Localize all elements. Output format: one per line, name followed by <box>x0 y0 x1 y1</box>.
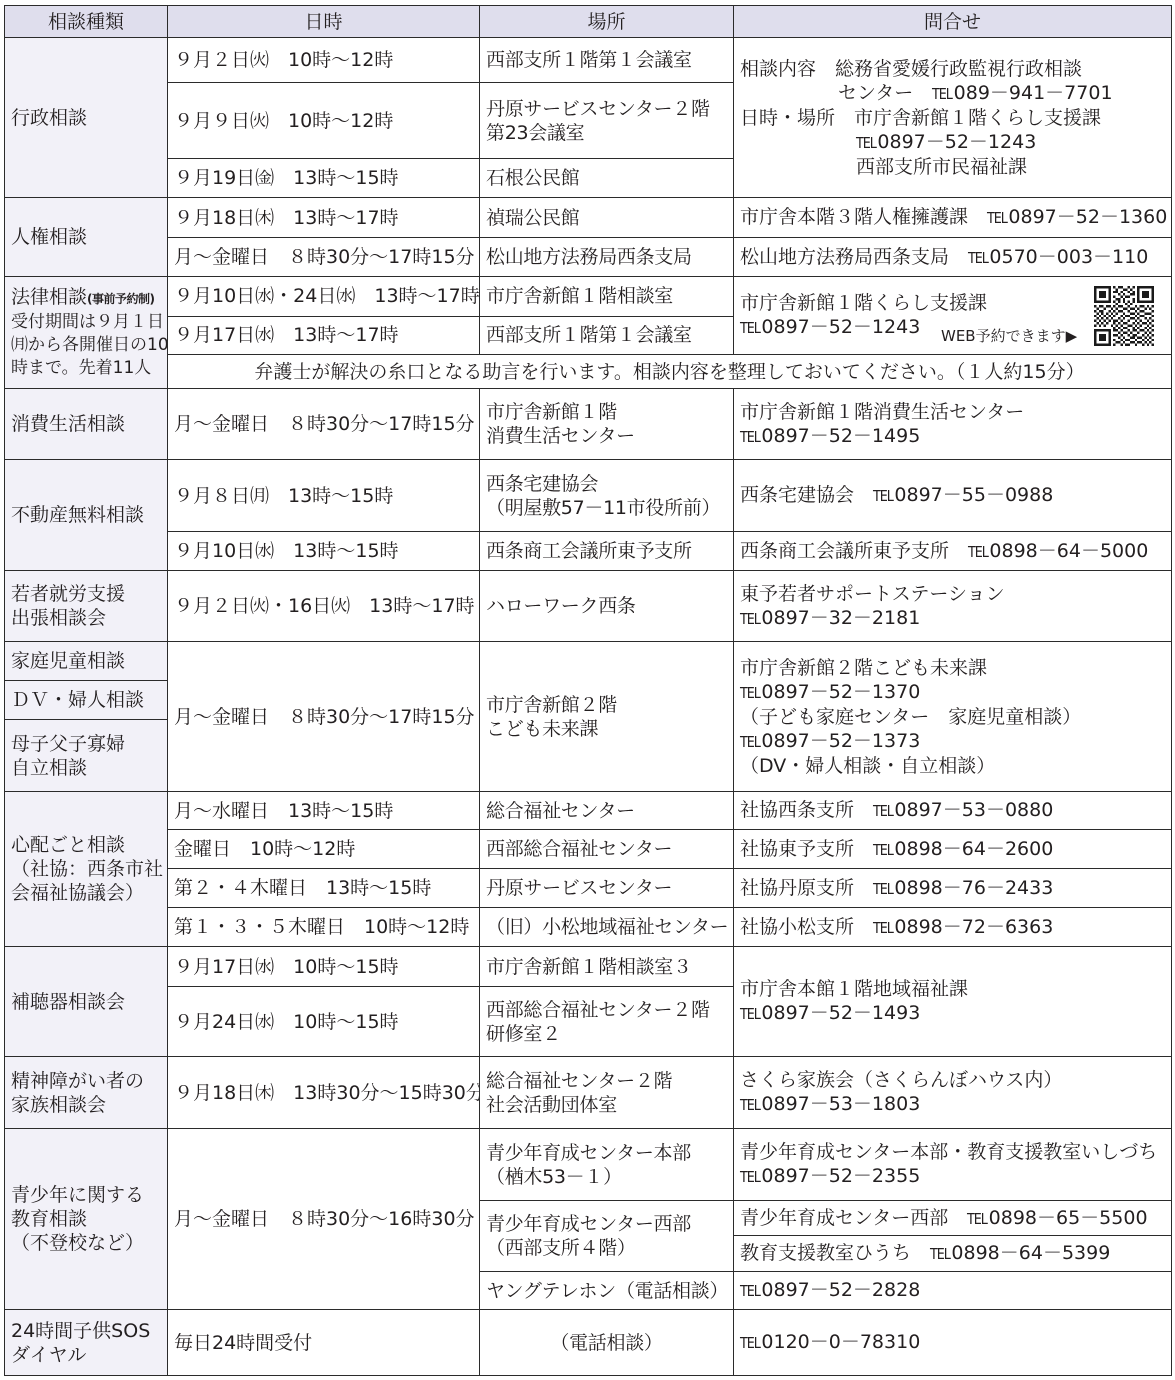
type-cell: 補聴器相談会 <box>5 947 168 1057</box>
table-row: 若者就労支援 出張相談会 ９月２日㈫・16日㈫ 13時〜17時 ハローワーク西条… <box>5 571 1172 642</box>
place-text: ヤングテレホン（電話相談） <box>486 1279 727 1303</box>
type-label: 法律相談 <box>11 286 87 308</box>
contact-cell: TEL0120－0－78310 <box>734 1310 1172 1376</box>
type-cell: 不動産無料相談 <box>5 460 168 571</box>
datetime-cell: 第１・３・５木曜日 10時〜12時 <box>168 908 480 947</box>
datetime-cell: ９月９日㈫ 10時〜12時 <box>168 83 480 159</box>
type-cell: 人権相談 <box>5 198 168 277</box>
table-row: 消費生活相談 月〜金曜日 ８時30分〜17時15分 市庁舎新館１階 消費生活セン… <box>5 389 1172 460</box>
contact-cell: 西条宅建協会 TEL0897－55－0988 <box>734 460 1172 532</box>
contact-cell: 社協東予支所 TEL0898－64－2600 <box>734 830 1172 869</box>
contact-cell: 青少年育成センター本部・教育支援教室いしづち TEL0897－52－2355 <box>734 1129 1172 1201</box>
place-text: （旧）小松地域福祉センター <box>486 915 727 939</box>
tel-number: 089－941－7701 <box>954 82 1113 104</box>
type-label: 出張相談会 <box>11 606 161 630</box>
contact-cell: さくら家族会（さくらんぼハウス内） TEL0897－53－1803 <box>734 1057 1172 1129</box>
datetime-cell: ９月17日㈬ 10時〜15時 <box>168 947 480 987</box>
tel-label: TEL <box>930 1242 950 1266</box>
place-cell: 西条宅建協会 （明屋敷57－11市役所前） <box>480 460 734 532</box>
type-cell: 家庭児童相談 <box>5 642 168 681</box>
type-label: 不動産無料相談 <box>11 503 161 527</box>
table-row: 精神障がい者の 家族相談会 ９月18日㈭ 13時30分〜15時30分 総合福祉セ… <box>5 1057 1172 1129</box>
contact-cell: 社協西条支所 TEL0897－53－0880 <box>734 792 1172 830</box>
header-place: 場所 <box>480 6 734 38</box>
contact-text: 市庁舎新館２階こども未来課 <box>740 656 1165 680</box>
web-reservation-label: WEB予約できます▶ <box>941 327 1077 345</box>
place-text: 市庁舎新館２階 <box>486 693 727 717</box>
place-text: 青少年育成センター西部 <box>486 1212 727 1236</box>
tel-label: TEL <box>740 1093 760 1117</box>
place-cell: ハローワーク西条 <box>480 571 734 642</box>
header-row: 相談種類 日時 場所 問合せ <box>5 6 1172 38</box>
consultation-schedule-table: 相談種類 日時 場所 問合せ 行政相談 ９月２日㈫ 10時〜12時 西部支所１階… <box>4 5 1172 1376</box>
tel-number: 0898－72－6363 <box>894 916 1053 938</box>
tel-label: TEL <box>740 425 760 449</box>
place-text: 西条宅建協会 <box>486 472 727 496</box>
tel-label: TEL <box>740 1331 760 1355</box>
table-row: 不動産無料相談 ９月８日㈪ 13時〜15時 西条宅建協会 （明屋敷57－11市役… <box>5 460 1172 532</box>
place-text: 西部支所１階第１会議室 <box>486 48 727 72</box>
table-row: 月〜金曜日 ８時30分〜17時15分 松山地方法務局西条支局 松山地方法務局西条… <box>5 238 1172 277</box>
contact-cell: 市庁舎本階３階人権擁護課 TEL0897－52－1360 <box>734 198 1172 238</box>
place-text: 市庁舎新館１階 <box>486 400 727 424</box>
contact-line: TEL0897－32－2181 <box>740 606 1165 631</box>
contact-line: センター TEL089－941－7701 <box>740 81 1165 106</box>
place-cell: 市庁舎新館１階相談室３ <box>480 947 734 987</box>
contact-text: 教育支援教室ひうち <box>740 1242 930 1264</box>
tel-label: TEL <box>856 131 876 155</box>
place-text: 丹原サービスセンター <box>486 876 727 900</box>
place-text: 禎瑞公民館 <box>486 206 727 230</box>
tel-number: 0897－52－2355 <box>761 1165 920 1187</box>
datetime-cell: ９月２日㈫・16日㈫ 13時〜17時 <box>168 571 480 642</box>
place-cell: 総合福祉センター２階 社会活動団体室 <box>480 1057 734 1129</box>
contact-text: 青少年育成センター西部 <box>740 1207 967 1229</box>
place-text: 市庁舎新館１階相談室 <box>486 284 727 308</box>
type-label: （不登校など） <box>11 1231 161 1255</box>
contact-line: 教育支援教室ひうち TEL0898－64－5399 <box>740 1241 1165 1266</box>
contact-cell: 相談内容 総務省愛媛行政監視行政相談 センター TEL089－941－7701 … <box>734 38 1172 198</box>
place-text: 西条商工会議所東予支所 <box>486 539 727 563</box>
place-cell: 西部総合福祉センター２階 研修室２ <box>480 987 734 1057</box>
tel-number: 0897－52－1373 <box>761 730 920 752</box>
contact-text: 市庁舎新館１階消費生活センター <box>740 400 1165 424</box>
contact-text: （子ども家庭センター 家庭児童相談） <box>740 705 1165 729</box>
contact-cell: 市庁舎本館１階地域福祉課 TEL0897－52－1493 <box>734 947 1172 1057</box>
contact-cell: 市庁舎新館２階こども未来課 TEL0897－52－1370 （子ども家庭センター… <box>734 642 1172 792</box>
contact-text: 西条商工会議所東予支所 <box>740 540 968 562</box>
contact-line: TEL0897－52－1373 <box>740 729 1165 754</box>
datetime-cell: 月〜金曜日 ８時30分〜17時15分 <box>168 642 480 792</box>
place-text: 西部総合福祉センター２階 <box>486 998 727 1022</box>
datetime-cell: ９月２日㈫ 10時〜12時 <box>168 38 480 83</box>
contact-text: 松山地方法務局西条支局 <box>740 246 968 268</box>
place-cell: 石根公民館 <box>480 159 734 198</box>
table-row: 金曜日 10時〜12時 西部総合福祉センター 社協東予支所 TEL0898－64… <box>5 830 1172 869</box>
place-cell: 西部総合福祉センター <box>480 830 734 869</box>
place-text: （楢木53－１） <box>486 1165 727 1189</box>
type-cell: 精神障がい者の 家族相談会 <box>5 1057 168 1129</box>
contact-line: 青少年育成センター西部 TEL0898－65－5500 <box>740 1206 1165 1231</box>
tel-label: TEL <box>740 681 760 705</box>
tel-label: TEL <box>873 916 893 940</box>
place-text: こども未来課 <box>486 717 727 741</box>
type-cell: 若者就労支援 出張相談会 <box>5 571 168 642</box>
contact-line: 松山地方法務局西条支局 TEL0570－003－110 <box>740 245 1165 270</box>
tel-number: 0897－32－2181 <box>761 607 920 629</box>
reception-note: 時まで。先着11人 <box>11 357 161 380</box>
contact-line: TEL0897－52－1370 <box>740 680 1165 705</box>
contact-cell: 東予若者サポートステーション TEL0897－32－2181 <box>734 571 1172 642</box>
datetime-cell: ９月18日㈭ 13時〜17時 <box>168 198 480 238</box>
place-cell: 丹原サービスセンター <box>480 869 734 908</box>
table-row: 24時間子供SOS ダイヤル 毎日24時間受付 （電話相談） TEL0120－0… <box>5 1310 1172 1376</box>
place-cell: 市庁舎新館２階 こども未来課 <box>480 642 734 792</box>
contact-line: 西条宅建協会 TEL0897－55－0988 <box>740 483 1165 508</box>
table-row: 弁護士が解決の糸口となる助言を行います。相談内容を整理しておいてください。（１人… <box>5 355 1172 389</box>
tel-label: TEL <box>968 540 988 564</box>
type-cell: 消費生活相談 <box>5 389 168 460</box>
place-text: 総合福祉センター２階 <box>486 1069 727 1093</box>
place-text: 松山地方法務局西条支局 <box>486 245 727 269</box>
place-cell: 西部支所１階第１会議室 <box>480 38 734 83</box>
type-label: 行政相談 <box>11 106 161 130</box>
datetime-cell: ９月19日㈮ 13時〜15時 <box>168 159 480 198</box>
contact-text: 社協小松支所 <box>740 916 873 938</box>
type-label: 家庭児童相談 <box>11 649 161 673</box>
place-text: （西部支所４階） <box>486 1236 727 1260</box>
type-cell: 行政相談 <box>5 38 168 198</box>
place-cell: 西条商工会議所東予支所 <box>480 532 734 571</box>
contact-text: 青少年育成センター本部・教育支援教室いしづち <box>740 1140 1165 1164</box>
place-cell: ヤングテレホン（電話相談） <box>480 1272 734 1310</box>
tel-label: TEL <box>873 484 893 508</box>
place-text: 西部総合福祉センター <box>486 837 727 861</box>
tel-label: TEL <box>987 206 1007 230</box>
place-cell: （電話相談） <box>480 1310 734 1376</box>
type-label: （社協：西条市社 <box>11 857 161 881</box>
type-cell: 法律相談(事前予約制) 受付期間は９月１日 ㈪から各開催日の10 時まで。先着1… <box>5 277 168 389</box>
datetime-cell: 月〜金曜日 ８時30分〜17時15分 <box>168 389 480 460</box>
tel-label: TEL <box>967 1207 987 1231</box>
tel-number: 0898－65－5500 <box>989 1207 1148 1229</box>
header-type: 相談種類 <box>5 6 168 38</box>
contact-text: 市庁舎新館１階くらし支援課 <box>740 291 987 315</box>
contact-text: 相談内容 総務省愛媛行政監視行政相談 <box>740 57 1165 81</box>
datetime-cell: 毎日24時間受付 <box>168 1310 480 1376</box>
type-label: 精神障がい者の <box>11 1069 161 1093</box>
place-text: 社会活動団体室 <box>486 1093 727 1117</box>
datetime-cell: ９月10日㈬・24日㈬ 13時〜17時 <box>168 277 480 317</box>
type-cell: 心配ごと相談 （社協：西条市社 会福祉協議会） <box>5 792 168 947</box>
contact-line: TEL0897－53－1803 <box>740 1092 1165 1117</box>
tel-number: 0897－53－1803 <box>761 1093 920 1115</box>
place-cell: 禎瑞公民館 <box>480 198 734 238</box>
datetime-cell: ９月17日㈬ 13時〜17時 <box>168 316 480 355</box>
tel-number: 0898－64－5399 <box>951 1242 1110 1264</box>
datetime-cell: 第２・４木曜日 13時〜15時 <box>168 869 480 908</box>
place-cell: 松山地方法務局西条支局 <box>480 238 734 277</box>
type-label: 家族相談会 <box>11 1093 161 1117</box>
contact-text: センター <box>838 82 932 104</box>
contact-line: TEL0897－52－2355 <box>740 1164 1165 1189</box>
place-text: 西部支所１階第１会議室 <box>486 323 727 347</box>
tel-number: 0897－52－1243 <box>761 316 920 338</box>
tel-label: TEL <box>740 316 760 340</box>
type-label: 青少年に関する <box>11 1183 161 1207</box>
contact-cell: 社協小松支所 TEL0898－72－6363 <box>734 908 1172 947</box>
datetime-cell: ９月18日㈭ 13時30分〜15時30分 <box>168 1057 480 1129</box>
contact-line: TEL0897－52－2828 <box>740 1278 1165 1303</box>
contact-line: TEL0897－52－1493 <box>740 1001 1165 1026</box>
contact-cell: 教育支援教室ひうち TEL0898－64－5399 <box>734 1236 1172 1272</box>
contact-cell: 社協丹原支所 TEL0898－76－2433 <box>734 869 1172 908</box>
contact-cell: 青少年育成センター西部 TEL0898－65－5500 <box>734 1201 1172 1236</box>
contact-cell: 市庁舎新館１階消費生活センター TEL0897－52－1495 <box>734 389 1172 460</box>
contact-text: 社協丹原支所 <box>740 877 873 899</box>
tel-number: 0898－76－2433 <box>894 877 1053 899</box>
place-cell: 青少年育成センター本部 （楢木53－１） <box>480 1129 734 1201</box>
datetime-cell: ９月10日㈬ 13時〜15時 <box>168 532 480 571</box>
place-cell: 総合福祉センター <box>480 792 734 830</box>
contact-line: 社協丹原支所 TEL0898－76－2433 <box>740 876 1165 901</box>
tel-number: 0897－52－1243 <box>877 131 1036 153</box>
tel-number: 0898－64－2600 <box>894 838 1053 860</box>
table-row: 家庭児童相談 月〜金曜日 ８時30分〜17時15分 市庁舎新館２階 こども未来課… <box>5 642 1172 681</box>
tel-label: TEL <box>740 1002 760 1026</box>
tel-label: TEL <box>873 877 893 901</box>
type-cell: ＤＶ・婦人相談 <box>5 681 168 720</box>
type-label: 消費生活相談 <box>11 412 161 436</box>
datetime-cell: 月〜水曜日 13時〜15時 <box>168 792 480 830</box>
table-row: 青少年に関する 教育相談 （不登校など） 月〜金曜日 ８時30分〜16時30分 … <box>5 1129 1172 1201</box>
type-label: 補聴器相談会 <box>11 990 161 1014</box>
datetime-cell: 月〜金曜日 ８時30分〜16時30分 <box>168 1129 480 1310</box>
tel-number: 0120－0－78310 <box>761 1331 920 1353</box>
type-label: 人権相談 <box>11 225 161 249</box>
place-cell: 市庁舎新館１階相談室 <box>480 277 734 317</box>
qr-code-icon <box>1094 286 1154 346</box>
type-label: 24時間子供SOS <box>11 1319 161 1343</box>
tel-number: 0897－55－0988 <box>894 484 1053 506</box>
type-label: ＤＶ・婦人相談 <box>11 688 161 712</box>
contact-cell: 西条商工会議所東予支所 TEL0898－64－5000 <box>734 532 1172 571</box>
place-text: ハローワーク西条 <box>486 594 727 618</box>
contact-with-qr: 市庁舎新館１階くらし支援課 TEL0897－52－1243 WEB予約できます▶ <box>740 277 1165 354</box>
contact-cell: 松山地方法務局西条支局 TEL0570－003－110 <box>734 238 1172 277</box>
tel-number: 0897－52－1495 <box>761 425 920 447</box>
type-cell: 母子父子寡婦 自立相談 <box>5 720 168 792</box>
contact-line: TEL0897－52－1243 <box>740 130 1165 155</box>
tel-label: TEL <box>740 607 760 631</box>
place-cell: 丹原サービスセンター２階 第23会議室 <box>480 83 734 159</box>
table-row: ９月10日㈬ 13時〜15時 西条商工会議所東予支所 西条商工会議所東予支所 T… <box>5 532 1172 571</box>
table-row: 人権相談 ９月18日㈭ 13時〜17時 禎瑞公民館 市庁舎本階３階人権擁護課 T… <box>5 198 1172 238</box>
contact-text: 社協西条支所 <box>740 799 873 821</box>
place-text: 総合福祉センター <box>486 799 727 823</box>
type-label: 心配ごと相談 <box>11 833 161 857</box>
type-cell: 青少年に関する 教育相談 （不登校など） <box>5 1129 168 1310</box>
place-text: 第23会議室 <box>486 121 727 145</box>
datetime-cell: ９月24日㈬ 10時〜15時 <box>168 987 480 1057</box>
table-row: 第１・３・５木曜日 10時〜12時 （旧）小松地域福祉センター 社協小松支所 T… <box>5 908 1172 947</box>
tel-label: TEL <box>740 730 760 754</box>
table-row: 行政相談 ９月２日㈫ 10時〜12時 西部支所１階第１会議室 相談内容 総務省愛… <box>5 38 1172 83</box>
tel-label: TEL <box>932 82 952 106</box>
contact-text: 東予若者サポートステーション <box>740 582 1165 606</box>
tel-number: 0897－53－0880 <box>894 799 1053 821</box>
tel-label: TEL <box>968 246 988 270</box>
datetime-cell: ９月８日㈪ 13時〜15時 <box>168 460 480 532</box>
reception-note: 受付期間は９月１日 <box>11 311 161 334</box>
place-text: 市庁舎新館１階相談室３ <box>486 955 727 979</box>
place-cell: 市庁舎新館１階 消費生活センター <box>480 389 734 460</box>
type-cell: 24時間子供SOS ダイヤル <box>5 1310 168 1376</box>
tel-number: 0897－52－1493 <box>761 1002 920 1024</box>
place-text: 消費生活センター <box>486 424 727 448</box>
type-label: 母子父子寡婦 <box>11 732 161 756</box>
place-text: （明屋敷57－11市役所前） <box>486 496 727 520</box>
contact-line: 社協西条支所 TEL0897－53－0880 <box>740 798 1165 823</box>
legal-advice-notice: 弁護士が解決の糸口となる助言を行います。相談内容を整理しておいてください。（１人… <box>168 355 1172 389</box>
contact-line: 社協東予支所 TEL0898－64－2600 <box>740 837 1165 862</box>
place-text: 丹原サービスセンター２階 <box>486 97 727 121</box>
table-row: 法律相談(事前予約制) 受付期間は９月１日 ㈪から各開催日の10 時まで。先着1… <box>5 277 1172 317</box>
type-label: 自立相談 <box>11 756 161 780</box>
type-label-line: 法律相談(事前予約制) <box>11 285 161 311</box>
contact-cell: 市庁舎新館１階くらし支援課 TEL0897－52－1243 WEB予約できます▶ <box>734 277 1172 355</box>
place-cell: （旧）小松地域福祉センター <box>480 908 734 947</box>
contact-text: 西条宅建協会 <box>740 484 873 506</box>
contact-text: さくら家族会（さくらんぼハウス内） <box>740 1068 1165 1092</box>
contact-line: 社協小松支所 TEL0898－72－6363 <box>740 915 1165 940</box>
tel-number: 0570－003－110 <box>989 246 1148 268</box>
contact-line: TEL0897－52－1495 <box>740 424 1165 449</box>
place-text: 研修室２ <box>486 1022 727 1046</box>
type-label: ダイヤル <box>11 1343 161 1367</box>
contact-line: 西条商工会議所東予支所 TEL0898－64－5000 <box>740 539 1165 564</box>
tel-label: TEL <box>873 799 893 823</box>
header-datetime: 日時 <box>168 6 480 38</box>
tel-number: 0897－52－1360 <box>1008 206 1167 228</box>
contact-text: （DV・婦人相談・自立相談） <box>740 754 1165 778</box>
type-label: 会福祉協議会） <box>11 881 161 905</box>
tel-label: TEL <box>873 838 893 862</box>
reception-note: ㈪から各開催日の10 <box>11 334 161 357</box>
contact-text: 市庁舎本階３階人権擁護課 <box>740 206 987 228</box>
reservation-required-note: (事前予約制) <box>87 292 154 306</box>
type-label: 教育相談 <box>11 1207 161 1231</box>
tel-number: 0898－64－5000 <box>989 540 1148 562</box>
header-contact: 問合せ <box>734 6 1172 38</box>
tel-number: 0897－52－1370 <box>761 681 920 703</box>
contact-line: TEL0120－0－78310 <box>740 1330 1165 1355</box>
tel-label: TEL <box>740 1279 760 1303</box>
table-row: 第２・４木曜日 13時〜15時 丹原サービスセンター 社協丹原支所 TEL089… <box>5 869 1172 908</box>
contact-text: 西部支所市民福祉課 <box>740 155 1165 179</box>
place-text: 石根公民館 <box>486 166 727 190</box>
place-cell: 西部支所１階第１会議室 <box>480 316 734 355</box>
place-text: 青少年育成センター本部 <box>486 1141 727 1165</box>
type-label: 若者就労支援 <box>11 582 161 606</box>
table-row: 補聴器相談会 ９月17日㈬ 10時〜15時 市庁舎新館１階相談室３ 市庁舎本館１… <box>5 947 1172 987</box>
place-text: （電話相談） <box>486 1331 727 1355</box>
tel-label: TEL <box>740 1165 760 1189</box>
datetime-cell: 月〜金曜日 ８時30分〜17時15分 <box>168 238 480 277</box>
place-cell: 青少年育成センター西部 （西部支所４階） <box>480 1201 734 1272</box>
contact-text: 日時・場所 市庁舎新館１階くらし支援課 <box>740 106 1165 130</box>
table-row: 心配ごと相談 （社協：西条市社 会福祉協議会） 月〜水曜日 13時〜15時 総合… <box>5 792 1172 830</box>
tel-number: 0897－52－2828 <box>761 1279 920 1301</box>
contact-text: 社協東予支所 <box>740 838 873 860</box>
datetime-cell: 金曜日 10時〜12時 <box>168 830 480 869</box>
contact-text: 市庁舎本館１階地域福祉課 <box>740 977 1165 1001</box>
contact-cell: TEL0897－52－2828 <box>734 1272 1172 1310</box>
contact-line: 市庁舎本階３階人権擁護課 TEL0897－52－1360 <box>740 205 1165 230</box>
